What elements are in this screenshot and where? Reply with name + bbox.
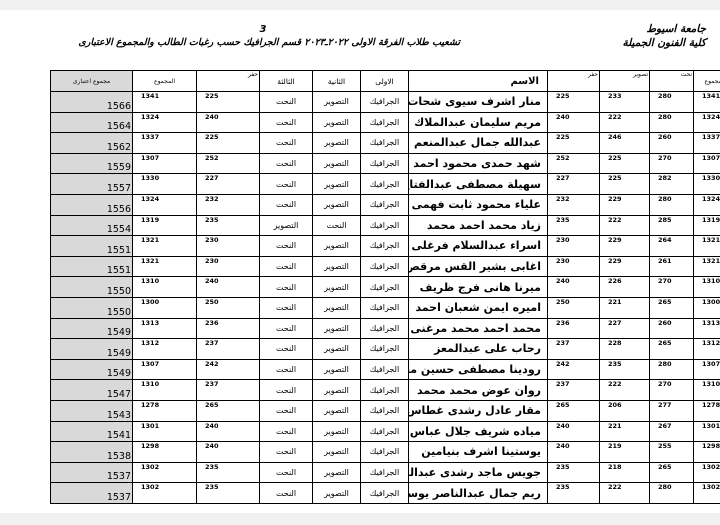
cell-etching: 240 — [548, 112, 600, 133]
table-row: 15371302235النحتالتصويرالجرافيكجويس ماجد… — [51, 462, 720, 483]
cell-etching: 230 — [548, 256, 600, 277]
cell-student-name: روان عوض محمد محمد — [409, 380, 548, 401]
cell-etching: 225 — [548, 92, 600, 113]
cell-first-choice: الجرافيك — [361, 277, 409, 298]
cell-student-name: منار اشرف سيوى شحات — [409, 92, 548, 113]
cell-third-choice: النحت — [260, 421, 313, 442]
cell-etching: 227 — [548, 174, 600, 195]
cell-total2: 1310 — [133, 277, 197, 298]
cell-first-choice: الجرافيك — [361, 318, 409, 339]
cell-total: 1321 — [694, 256, 720, 277]
document-title: تشعيب طلاب الفرقة الاولى ٢٠٢٢ـ٢٠٢٣ قسم ا… — [160, 37, 460, 48]
cell-second-choice: النحت — [313, 215, 361, 236]
cell-painting: 222 — [600, 380, 650, 401]
col-header-name: الاسم — [409, 71, 548, 92]
cell-sculpture: 270 — [650, 380, 694, 401]
cell-first-choice: الجرافيك — [361, 112, 409, 133]
cell-second-choice: التصوير — [313, 339, 361, 360]
cell-etching2: 265 — [197, 400, 260, 421]
cell-third-choice: النحت — [260, 339, 313, 360]
cell-student-name: رودينا مصطفى حسين محمد — [409, 359, 548, 380]
cell-etching2: 240 — [197, 421, 260, 442]
cell-etching: 240 — [548, 277, 600, 298]
cell-i-total: 1549 — [51, 339, 133, 360]
cell-third-choice: النحت — [260, 318, 313, 339]
table-row: 15621337225النحتالتصويرالجرافيكعبدالله ج… — [51, 133, 720, 154]
cell-i-total: 1537 — [51, 462, 133, 483]
table-row: 15591307252النحتالتصويرالجرافيكشهد حمدى … — [51, 153, 720, 174]
cell-student-name: مقار عادل رشدى غطاس — [409, 400, 548, 421]
cell-second-choice: التصوير — [313, 462, 361, 483]
cell-i-total: 1562 — [51, 133, 133, 154]
cell-painting: 227 — [600, 318, 650, 339]
table-row: 15371302235النحتالتصويرالجرافيكريم جمال … — [51, 483, 720, 504]
cell-student-name: اسراء عبدالسلام فرغلى — [409, 236, 548, 257]
cell-sculpture: 270 — [650, 153, 694, 174]
cell-total: 1302 — [694, 462, 720, 483]
cell-etching: 237 — [548, 339, 600, 360]
table-row: 15511321230النحتالتصويرالجرافيكاسراء عبد… — [51, 236, 720, 257]
cell-student-name: يوستينا اشرف بنيامين — [409, 442, 548, 463]
cell-painting: 225 — [600, 174, 650, 195]
table-row: 15471310237النحتالتصويرالجرافيكروان عوض … — [51, 380, 720, 401]
cell-student-name: عبدالله جمال عبدالمنعم على — [409, 133, 548, 154]
cell-etching2: 237 — [197, 339, 260, 360]
cell-first-choice: الجرافيك — [361, 153, 409, 174]
cell-etching: 240 — [548, 421, 600, 442]
cell-second-choice: التصوير — [313, 277, 361, 298]
cell-etching2: 237 — [197, 380, 260, 401]
cell-total2: 1302 — [133, 483, 197, 504]
cell-painting: 229 — [600, 194, 650, 215]
table-row: 15511321230النحتالتصويرالجرافيكاغابى بشي… — [51, 256, 720, 277]
cell-total: 1313 — [694, 318, 720, 339]
cell-sculpture: 280 — [650, 112, 694, 133]
cell-third-choice: النحت — [260, 359, 313, 380]
university-name: جامعة اسيوط — [622, 22, 706, 36]
cell-second-choice: التصوير — [313, 92, 361, 113]
cell-sculpture: 260 — [650, 318, 694, 339]
cell-total2: 1278 — [133, 400, 197, 421]
cell-painting: 229 — [600, 256, 650, 277]
cell-second-choice: التصوير — [313, 442, 361, 463]
cell-sculpture: 261 — [650, 256, 694, 277]
cell-second-choice: التصوير — [313, 194, 361, 215]
cell-painting: 226 — [600, 277, 650, 298]
cell-painting: 206 — [600, 400, 650, 421]
viewer-bottom-margin — [0, 513, 720, 525]
col-header-i-total: مجموع اعتبارى — [51, 71, 133, 92]
cell-i-total: 1566 — [51, 92, 133, 113]
cell-first-choice: الجرافيك — [361, 174, 409, 195]
col-header-etching: حفر — [548, 71, 600, 92]
cell-student-name: سهيلة مصطفى عبدالفتاح — [409, 174, 548, 195]
col-header-sculpture: نحت — [650, 71, 694, 92]
cell-total2: 1330 — [133, 174, 197, 195]
cell-painting: 219 — [600, 442, 650, 463]
col-header-second: الثانية — [313, 71, 361, 92]
institution-header: جامعة اسيوط كلية الفنون الجميلة — [622, 22, 706, 50]
cell-sculpture: 280 — [650, 359, 694, 380]
cell-third-choice: النحت — [260, 400, 313, 421]
cell-total: 1278 — [694, 400, 720, 421]
cell-student-name: مياده شريف جلال عباس — [409, 421, 548, 442]
cell-third-choice: النحت — [260, 174, 313, 195]
cell-etching: 250 — [548, 297, 600, 318]
cell-third-choice: النحت — [260, 483, 313, 504]
viewer-top-margin — [0, 0, 720, 10]
table-row: 15501300250النحتالتصويرالجرافيكاميره ايم… — [51, 297, 720, 318]
cell-etching: 265 — [548, 400, 600, 421]
cell-first-choice: الجرافيك — [361, 442, 409, 463]
cell-total: 1307 — [694, 359, 720, 380]
col-header-third: الثالثة — [260, 71, 313, 92]
cell-etching2: 230 — [197, 236, 260, 257]
cell-first-choice: الجرافيك — [361, 421, 409, 442]
cell-second-choice: التصوير — [313, 174, 361, 195]
table-row: 15661341225النحتالتصويرالجرافيكمنار اشرف… — [51, 92, 720, 113]
cell-sculpture: 267 — [650, 421, 694, 442]
cell-third-choice: النحت — [260, 462, 313, 483]
cell-sculpture: 265 — [650, 339, 694, 360]
table-row: 15491307242النحتالتصويرالجرافيكرودينا مص… — [51, 359, 720, 380]
cell-total: 1337 — [694, 133, 720, 154]
cell-total2: 1301 — [133, 421, 197, 442]
cell-i-total: 1550 — [51, 277, 133, 298]
cell-total2: 1321 — [133, 256, 197, 277]
cell-painting: 221 — [600, 421, 650, 442]
cell-etching: 225 — [548, 133, 600, 154]
cell-painting: 222 — [600, 112, 650, 133]
cell-first-choice: الجرافيك — [361, 380, 409, 401]
cell-total: 1324 — [694, 194, 720, 215]
cell-second-choice: التصوير — [313, 297, 361, 318]
cell-student-name: ميرنا هانى فرج ظريف — [409, 277, 548, 298]
cell-etching2: 236 — [197, 318, 260, 339]
table-row: 15641324240النحتالتصويرالجرافيكمريم سليم… — [51, 112, 720, 133]
cell-first-choice: الجرافيك — [361, 339, 409, 360]
cell-total2: 1300 — [133, 297, 197, 318]
cell-student-name: زياد محمد احمد محمد — [409, 215, 548, 236]
cell-third-choice: النحت — [260, 297, 313, 318]
cell-etching: 235 — [548, 462, 600, 483]
cell-total2: 1302 — [133, 462, 197, 483]
cell-total: 1310 — [694, 380, 720, 401]
table-body: 15661341225النحتالتصويرالجرافيكمنار اشرف… — [51, 92, 720, 504]
cell-second-choice: التصوير — [313, 483, 361, 504]
cell-sculpture: 260 — [650, 133, 694, 154]
cell-third-choice: النحت — [260, 277, 313, 298]
cell-second-choice: التصوير — [313, 112, 361, 133]
table-row: 15541319235التصويرالنحتالجرافيكزياد محمد… — [51, 215, 720, 236]
cell-sculpture: 280 — [650, 194, 694, 215]
cell-etching2: 250 — [197, 297, 260, 318]
cell-painting: 246 — [600, 133, 650, 154]
cell-etching2: 235 — [197, 215, 260, 236]
cell-sculpture: 255 — [650, 442, 694, 463]
cell-first-choice: الجرافيك — [361, 194, 409, 215]
cell-total: 1301 — [694, 421, 720, 442]
cell-i-total: 1538 — [51, 442, 133, 463]
cell-sculpture: 282 — [650, 174, 694, 195]
table-row: 15411301240النحتالتصويرالجرافيكمياده شري… — [51, 421, 720, 442]
cell-sculpture: 264 — [650, 236, 694, 257]
cell-painting: 218 — [600, 462, 650, 483]
cell-second-choice: التصوير — [313, 380, 361, 401]
cell-i-total: 1537 — [51, 483, 133, 504]
table-row: 15431278265النحتالتصويرالجرافيكمقار عادل… — [51, 400, 720, 421]
cell-second-choice: التصوير — [313, 133, 361, 154]
cell-student-name: شهد حمدى محمود احمد — [409, 153, 548, 174]
cell-total2: 1313 — [133, 318, 197, 339]
cell-second-choice: التصوير — [313, 236, 361, 257]
cell-total: 1302 — [694, 483, 720, 504]
cell-etching2: 240 — [197, 442, 260, 463]
cell-painting: 233 — [600, 92, 650, 113]
cell-etching2: 225 — [197, 92, 260, 113]
cell-first-choice: الجرافيك — [361, 400, 409, 421]
cell-sculpture: 277 — [650, 400, 694, 421]
cell-student-name: محمد احمد محمد مرغنى — [409, 318, 548, 339]
cell-etching: 235 — [548, 483, 600, 504]
cell-i-total: 1559 — [51, 153, 133, 174]
cell-total2: 1337 — [133, 133, 197, 154]
page-number: 3 — [258, 24, 268, 35]
cell-etching2: 240 — [197, 277, 260, 298]
cell-second-choice: التصوير — [313, 153, 361, 174]
cell-etching2: 242 — [197, 359, 260, 380]
cell-student-name: ريم جمال عبدالناصر يوسف — [409, 483, 548, 504]
cell-i-total: 1557 — [51, 174, 133, 195]
cell-i-total: 1549 — [51, 318, 133, 339]
cell-sculpture: 265 — [650, 462, 694, 483]
cell-first-choice: الجرافيك — [361, 133, 409, 154]
cell-i-total: 1556 — [51, 194, 133, 215]
cell-third-choice: النحت — [260, 442, 313, 463]
cell-second-choice: التصوير — [313, 421, 361, 442]
cell-third-choice: النحت — [260, 236, 313, 257]
cell-third-choice: النحت — [260, 194, 313, 215]
cell-total2: 1298 — [133, 442, 197, 463]
cell-i-total: 1551 — [51, 236, 133, 257]
table-row: 15381298240النحتالتصويرالجرافيكيوستينا ا… — [51, 442, 720, 463]
cell-first-choice: الجرافيك — [361, 236, 409, 257]
table-row: 15561324232النحتالتصويرالجرافيكعلياء محم… — [51, 194, 720, 215]
cell-total2: 1321 — [133, 236, 197, 257]
cell-first-choice: الجرافيك — [361, 215, 409, 236]
cell-first-choice: الجرافيك — [361, 92, 409, 113]
cell-total2: 1341 — [133, 92, 197, 113]
cell-total: 1310 — [694, 277, 720, 298]
cell-painting: 225 — [600, 153, 650, 174]
cell-etching2: 225 — [197, 133, 260, 154]
cell-etching: 252 — [548, 153, 600, 174]
cell-etching2: 252 — [197, 153, 260, 174]
cell-sculpture: 265 — [650, 297, 694, 318]
cell-sculpture: 285 — [650, 215, 694, 236]
cell-first-choice: الجرافيك — [361, 462, 409, 483]
cell-second-choice: التصوير — [313, 318, 361, 339]
faculty-name: كلية الفنون الجميلة — [622, 36, 706, 50]
cell-etching: 242 — [548, 359, 600, 380]
cell-i-total: 1564 — [51, 112, 133, 133]
col-header-etching2: حفر — [197, 71, 260, 92]
cell-student-name: علياء محمود ثابت فهمى — [409, 194, 548, 215]
cell-second-choice: التصوير — [313, 359, 361, 380]
cell-total: 1312 — [694, 339, 720, 360]
cell-first-choice: الجرافيك — [361, 256, 409, 277]
cell-total: 1298 — [694, 442, 720, 463]
cell-total2: 1307 — [133, 153, 197, 174]
cell-third-choice: النحت — [260, 112, 313, 133]
cell-first-choice: الجرافيك — [361, 483, 409, 504]
cell-etching2: 232 — [197, 194, 260, 215]
col-header-total2: المجموع — [133, 71, 197, 92]
table-row: 15491313236النحتالتصويرالجرافيكمحمد احمد… — [51, 318, 720, 339]
cell-second-choice: التصوير — [313, 400, 361, 421]
cell-total: 1300 — [694, 297, 720, 318]
col-header-total: المجموع — [694, 71, 720, 92]
cell-painting: 221 — [600, 297, 650, 318]
cell-third-choice: النحت — [260, 153, 313, 174]
cell-etching: 232 — [548, 194, 600, 215]
table-row: 15491312237النحتالتصويرالجرافيكرحاب على … — [51, 339, 720, 360]
cell-first-choice: الجرافيك — [361, 297, 409, 318]
cell-i-total: 1547 — [51, 380, 133, 401]
cell-total: 1319 — [694, 215, 720, 236]
cell-total: 1324 — [694, 112, 720, 133]
cell-etching2: 230 — [197, 256, 260, 277]
cell-third-choice: النحت — [260, 256, 313, 277]
cell-student-name: اغابى بشير القس مرقص — [409, 256, 548, 277]
cell-etching: 230 — [548, 236, 600, 257]
cell-etching2: 235 — [197, 462, 260, 483]
cell-painting: 229 — [600, 236, 650, 257]
table-row: 15501310240النحتالتصويرالجرافيكميرنا هان… — [51, 277, 720, 298]
cell-etching: 237 — [548, 380, 600, 401]
table-row: 15571330227النحتالتصويرالجرافيكسهيلة مصط… — [51, 174, 720, 195]
cell-i-total: 1551 — [51, 256, 133, 277]
cell-i-total: 1541 — [51, 421, 133, 442]
cell-painting: 228 — [600, 339, 650, 360]
cell-etching2: 235 — [197, 483, 260, 504]
col-header-first: الاولى — [361, 71, 409, 92]
cell-student-name: رحاب على عبدالمعز — [409, 339, 548, 360]
cell-total2: 1324 — [133, 194, 197, 215]
cell-painting: 222 — [600, 483, 650, 504]
col-header-painting: تصوير — [600, 71, 650, 92]
cell-total: 1341 — [694, 92, 720, 113]
cell-third-choice: التصوير — [260, 215, 313, 236]
cell-sculpture: 270 — [650, 277, 694, 298]
cell-etching: 240 — [548, 442, 600, 463]
cell-third-choice: النحت — [260, 380, 313, 401]
cell-total2: 1310 — [133, 380, 197, 401]
cell-second-choice: التصوير — [313, 256, 361, 277]
cell-total2: 1324 — [133, 112, 197, 133]
cell-total2: 1319 — [133, 215, 197, 236]
students-table: مجموع اعتبارى المجموع حفر الثالثة الثاني… — [50, 70, 720, 504]
cell-total2: 1307 — [133, 359, 197, 380]
cell-first-choice: الجرافيك — [361, 359, 409, 380]
cell-i-total: 1549 — [51, 359, 133, 380]
cell-sculpture: 280 — [650, 483, 694, 504]
cell-painting: 222 — [600, 215, 650, 236]
cell-sculpture: 280 — [650, 92, 694, 113]
cell-i-total: 1550 — [51, 297, 133, 318]
cell-student-name: مريم سليمان عبدالملاك — [409, 112, 548, 133]
cell-third-choice: النحت — [260, 92, 313, 113]
cell-etching2: 240 — [197, 112, 260, 133]
cell-i-total: 1543 — [51, 400, 133, 421]
cell-painting: 235 — [600, 359, 650, 380]
cell-total: 1330 — [694, 174, 720, 195]
cell-student-name: اميره ايمن شعبان احمد — [409, 297, 548, 318]
cell-total: 1321 — [694, 236, 720, 257]
cell-etching2: 227 — [197, 174, 260, 195]
table-header-row: مجموع اعتبارى المجموع حفر الثالثة الثاني… — [51, 71, 720, 92]
cell-total2: 1312 — [133, 339, 197, 360]
cell-etching: 235 — [548, 215, 600, 236]
cell-i-total: 1554 — [51, 215, 133, 236]
cell-third-choice: النحت — [260, 133, 313, 154]
cell-etching: 236 — [548, 318, 600, 339]
cell-total: 1307 — [694, 153, 720, 174]
cell-student-name: جويس ماجد رشدى عبدالنور — [409, 462, 548, 483]
